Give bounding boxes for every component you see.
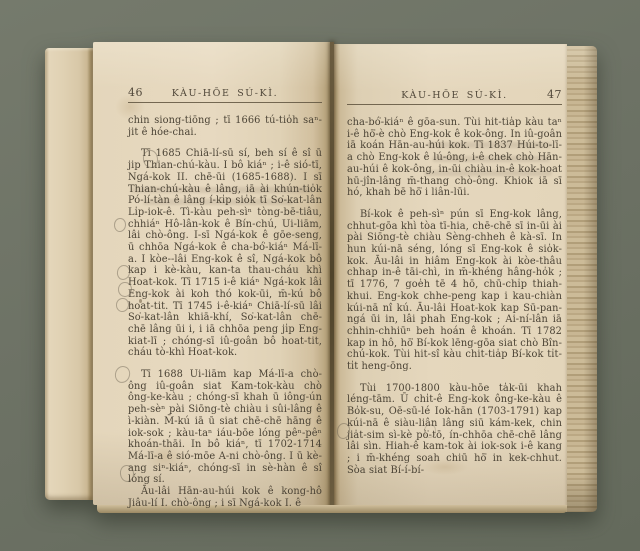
open-book: 46 KÀU-HŌE SÚ-KÌ. chin siong-tiōng ; tī … <box>45 42 597 512</box>
paragraph: Tùi 1700-1800 kàu-hōe ta̍k-ūi khah léng-… <box>347 383 562 477</box>
paragraph: Tī 1685 Chiā-lí-sū sí, beh sí ê sî ū jip… <box>128 148 322 359</box>
paragraph: Āu-lâi Hān-au-húi kok ê kong-hô Jiâu-lí … <box>128 486 322 509</box>
left-header-rule <box>128 102 322 103</box>
left-page-body: chin siong-tiōng ; tī 1666 tú-tio̍h saⁿ-… <box>128 115 322 510</box>
paragraph: chin siong-tiōng ; tī 1666 tú-tio̍h saⁿ-… <box>128 115 322 138</box>
right-page-header: KÀU-HŌE SÚ-KÌ. 47 <box>347 88 562 101</box>
right-page-body: cha-bó͘-kiáⁿ ê gōa-sun. Tùi hit-tia̍p kà… <box>347 117 562 476</box>
paragraph: Tī 1688 Ui-liām kap Má-lī-a chò-ông iû-g… <box>128 369 322 486</box>
right-fore-edge <box>567 46 597 512</box>
right-page-number: 47 <box>528 88 562 101</box>
left-page: 46 KÀU-HŌE SÚ-KÌ. chin siong-tiōng ; tī … <box>93 42 332 505</box>
right-header-rule <box>347 104 562 105</box>
right-page: KÀU-HŌE SÚ-KÌ. 47 cha-bó͘-kiáⁿ ê gōa-sun… <box>332 44 567 512</box>
left-page-stack-edge <box>45 48 93 500</box>
paragraph: Bí-kok ê peh-sìⁿ pún sī Eng-kok lâng, ch… <box>347 209 562 373</box>
left-running-title: KÀU-HŌE SÚ-KÌ. <box>162 88 288 99</box>
left-page-header: 46 KÀU-HŌE SÚ-KÌ. <box>128 86 322 99</box>
paragraph: cha-bó͘-kiáⁿ ê gōa-sun. Tùi hit-tia̍p kà… <box>347 117 562 199</box>
right-running-title: KÀU-HŌE SÚ-KÌ. <box>381 90 528 101</box>
left-page-number: 46 <box>128 86 162 99</box>
